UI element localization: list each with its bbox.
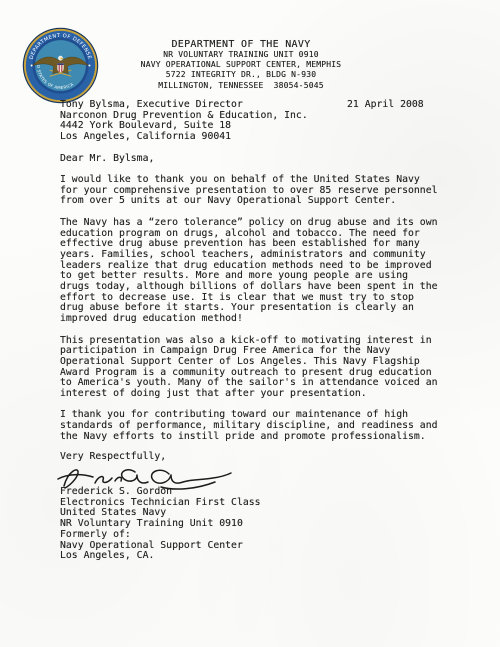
paragraph-line: from over 5 units at our Navy Operationa…: [60, 196, 470, 207]
letterhead-line: MILLINGTON, TENNESSEE 38054-5045: [0, 81, 482, 91]
recipient-address: Tony Bylsma, Executive DirectorNarconon …: [60, 100, 308, 143]
paragraph: The Navy has a “zero tolerance” policy o…: [60, 218, 470, 325]
letterhead: DEPARTMENT OF THE NAVY NR VOLUNTARY TRAI…: [0, 39, 482, 91]
paragraph: This presentation was also a kick-off to…: [60, 336, 470, 400]
recipient-line: Los Angeles, California 90041: [60, 132, 308, 143]
letterhead-line: NR VOLUNTARY TRAINING UNIT 0910: [0, 50, 482, 60]
paragraph-line: The Navy has a “zero tolerance” policy o…: [60, 218, 470, 229]
signature-block-line: Los Angeles, CA.: [60, 551, 261, 562]
signature-block: Frederick S. GordonElectronics Technicia…: [60, 487, 261, 562]
paragraph-line: interest of doing just that after your p…: [60, 389, 470, 400]
letterhead-line: NAVY OPERATIONAL SUPPORT CENTER, MEMPHIS: [0, 60, 482, 70]
paragraph: I would like to thank you on behalf of t…: [60, 175, 470, 207]
salutation: Dear Mr. Bylsma,: [60, 154, 154, 165]
paragraph-line: the Navy efforts to instill pride and pr…: [60, 432, 470, 443]
closing-phrase: Very Respectfully,: [60, 452, 166, 463]
letterhead-address: NR VOLUNTARY TRAINING UNIT 0910NAVY OPER…: [0, 50, 482, 91]
letter-date: 21 April 2008: [347, 100, 424, 111]
letterhead-line: 5722 INTEGRITY DR., BLDG N-930: [0, 70, 482, 80]
paragraph: I thank you for contributing toward our …: [60, 410, 470, 442]
signature-block-line: Formerly of:: [60, 530, 261, 541]
letter-body: I would like to thank you on behalf of t…: [60, 175, 470, 443]
letterhead-title: DEPARTMENT OF THE NAVY: [0, 39, 482, 50]
letter-page: DEPARTMENT OF DEFENSE UNITED STATES OF A…: [0, 0, 500, 647]
paragraph-line: years. Families, school teachers, admini…: [60, 250, 470, 261]
paragraph-line: improved drug education method!: [60, 314, 470, 325]
